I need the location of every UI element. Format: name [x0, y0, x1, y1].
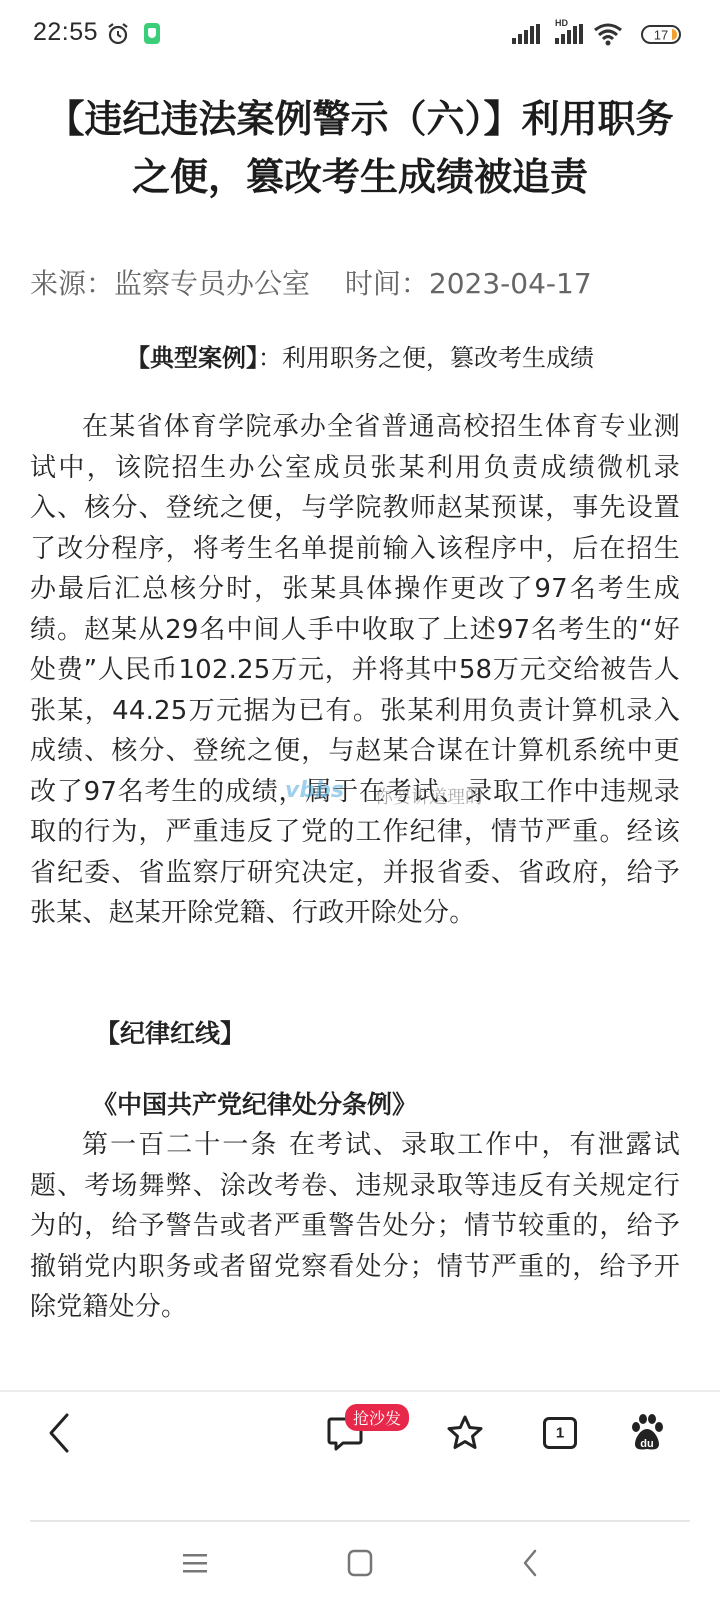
status-time: 22:55 [33, 18, 98, 47]
hd-signal-icon [555, 24, 585, 44]
case-paragraph: 在某省体育学院承办全省普通高校招生体育专业测试中，该院招生办公室成员张某利用负责… [30, 407, 680, 934]
battery-icon: 17 [641, 25, 681, 44]
alarm-icon [106, 22, 130, 46]
tabs-button[interactable]: 1 [530, 1393, 590, 1473]
svg-text:du: du [640, 1438, 653, 1450]
tabs-count: 1 [546, 1425, 574, 1442]
chevron-left-icon [45, 1411, 75, 1455]
nav-divider [30, 1520, 690, 1522]
case-heading-text: ：利用职务之便，篡改考生成绩 [258, 344, 594, 372]
signal-icon [512, 24, 542, 44]
watermark-logo: vbbs [285, 778, 344, 803]
tabs-icon: 1 [543, 1417, 577, 1449]
home-square-icon [347, 1549, 373, 1577]
watermark-text: 你要讲道理的 [375, 783, 483, 809]
case-heading: 【典型案例】：利用职务之便，篡改考生成绩 [30, 338, 690, 373]
article-date: 时间：2023-04-17 [345, 267, 592, 300]
system-home-button[interactable] [330, 1525, 390, 1600]
redline-heading: 【纪律红线】 [95, 1014, 720, 1050]
comment-badge[interactable]: 抢沙发 [345, 1404, 409, 1431]
case-heading-label: 【典型案例】 [126, 344, 258, 372]
wifi-icon [593, 22, 623, 46]
law-title: 《中国共产党纪律处分条例》 [92, 1085, 720, 1121]
back-button[interactable] [30, 1393, 90, 1473]
status-bar: 22:55 HD 17 [0, 0, 720, 70]
favorite-button[interactable] [435, 1393, 495, 1473]
star-icon [445, 1413, 485, 1453]
baidu-paw-icon: du [627, 1413, 667, 1453]
system-menu-button[interactable] [165, 1525, 225, 1600]
system-back-button[interactable] [500, 1525, 560, 1600]
security-shield-icon [144, 23, 160, 44]
baidu-home-button[interactable]: du [617, 1393, 677, 1473]
back-chevron-icon [520, 1548, 540, 1578]
article-title: 【违纪违法案例警示（六）】利用职务之便，篡改考生成绩被追责 [40, 90, 680, 206]
toolbar-divider [0, 1390, 720, 1392]
article-source: 来源：监察专员办公室 [30, 267, 310, 300]
law-paragraph: 第一百二十一条 在考试、录取工作中，有泄露试题、考场舞弊、涂改考卷、违规录取等违… [30, 1125, 680, 1328]
menu-icon [182, 1551, 208, 1575]
article-meta: 来源：监察专员办公室 时间：2023-04-17 [30, 262, 618, 302]
system-navigation-bar [0, 1525, 720, 1600]
